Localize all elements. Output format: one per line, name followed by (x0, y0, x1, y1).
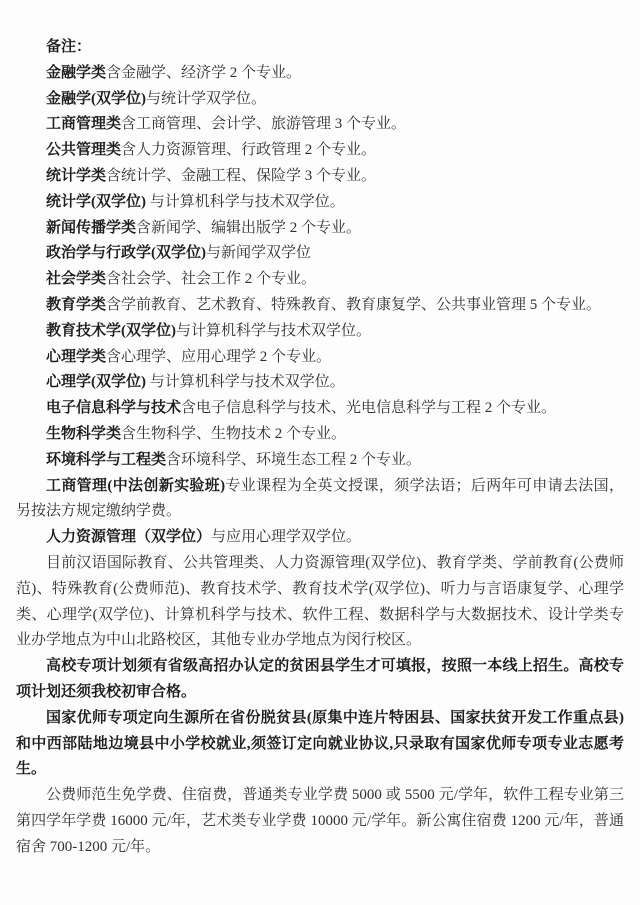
remark-label: 环境科学与工程类 (46, 452, 166, 468)
remark-paragraph: 教育技术学(双学位)与计算机科学与技术双学位。 (16, 319, 624, 345)
remark-text: 含电子信息科学与技术、光电信息科学与工程 2 个专业。 (181, 400, 556, 416)
remark-text: 与计算机科学与技术双学位。 (146, 374, 345, 390)
remark-text: 含社会学、社会工作 2 个专业。 (106, 271, 316, 287)
remark-text: 含新闻学、编辑出版学 2 个专业。 (136, 220, 361, 236)
remark-label: 国家优师专项定向生源所在省份脱贫县(原集中连片特困县、国家扶贫开发工作重点县)和… (16, 710, 624, 778)
remark-paragraph: 公共管理类含人力资源管理、行政管理 2 个专业。 (16, 138, 624, 164)
special-plan-paragraph: 高校专项计划须有省级高招办认定的贫困县学生才可填报，按照一本线上招生。高校专项计… (16, 654, 624, 706)
national-teacher-plan-paragraph: 国家优师专项定向生源所在省份脱贫县(原集中连片特困县、国家扶贫开发工作重点县)和… (16, 706, 624, 783)
remark-text: 与计算机科学与技术双学位。 (176, 323, 371, 339)
remark-text: 含心理学、应用心理学 2 个专业。 (106, 349, 331, 365)
remark-paragraph: 工商管理(中法创新实验班)专业课程为全英文授课，须学法语；后两年可申请去法国，另… (16, 474, 624, 526)
remark-text: 含生物科学、生物技术 2 个专业。 (121, 426, 346, 442)
remark-paragraph: 政治学与行政学(双学位)与新闻学双学位 (16, 241, 624, 267)
remark-label: 公共管理类 (46, 142, 121, 158)
remark-label: 新闻传播学类 (46, 220, 136, 236)
remark-paragraph: 教育学类含学前教育、艺术教育、特殊教育、教育康复学、公共事业管理 5 个专业。 (16, 293, 624, 319)
remark-label: 金融学类 (46, 65, 106, 81)
remark-paragraph: 电子信息科学与技术含电子信息科学与技术、光电信息科学与工程 2 个专业。 (16, 396, 624, 422)
remark-text: 公费师范生免学费、住宿费，普通类专业学费 5000 或 5500 元/学年，软件… (16, 787, 624, 855)
remark-paragraph: 金融学类含金融学、经济学 2 个专业。 (16, 61, 624, 87)
remark-label: 统计学(双学位) (46, 194, 146, 210)
remark-paragraph: 统计学(双学位) 与计算机科学与技术双学位。 (16, 190, 624, 216)
remark-text: 含统计学、金融工程、保险学 3 个专业。 (106, 168, 376, 184)
remark-paragraph: 环境科学与工程类含环境科学、环境生态工程 2 个专业。 (16, 448, 624, 474)
remark-text: 含人力资源管理、行政管理 2 个专业。 (121, 142, 376, 158)
remark-paragraph: 统计学类含统计学、金融工程、保险学 3 个专业。 (16, 164, 624, 190)
remark-label: 金融学(双学位) (46, 91, 146, 107)
remark-label: 电子信息科学与技术 (46, 400, 181, 416)
remark-paragraph: 人力资源管理（双学位）与应用心理学双学位。 (16, 525, 624, 551)
remark-text: 含工商管理、会计学、旅游管理 3 个专业。 (121, 116, 406, 132)
notes-title: 备注： (16, 35, 624, 61)
notes-document-page: 备注： 金融学类含金融学、经济学 2 个专业。 金融学(双学位)与统计学双学位。… (0, 0, 640, 905)
remark-paragraph: 心理学类含心理学、应用心理学 2 个专业。 (16, 345, 624, 371)
remark-label: 社会学类 (46, 271, 106, 287)
tuition-fees-paragraph: 公费师范生免学费、住宿费，普通类专业学费 5000 或 5500 元/学年，软件… (16, 783, 624, 860)
remark-label: 生物科学类 (46, 426, 121, 442)
remark-text: 含环境科学、环境生态工程 2 个专业。 (166, 452, 421, 468)
campus-location-paragraph: 目前汉语国际教育、公共管理类、人力资源管理(双学位)、教育学类、学前教育(公费师… (16, 551, 624, 654)
remark-label: 工商管理(中法创新实验班) (46, 478, 225, 494)
remark-label: 人力资源管理（双学位） (46, 529, 211, 545)
remark-paragraph: 心理学(双学位) 与计算机科学与技术双学位。 (16, 370, 624, 396)
remark-label: 高校专项计划须有省级高招办认定的贫困县学生才可填报，按照一本线上招生。高校专项计… (16, 658, 624, 700)
remark-label: 教育学类 (46, 297, 106, 313)
remark-label: 工商管理类 (46, 116, 121, 132)
remark-text: 含金融学、经济学 2 个专业。 (106, 65, 301, 81)
remark-label: 教育技术学(双学位) (46, 323, 176, 339)
remark-text: 含学前教育、艺术教育、特殊教育、教育康复学、公共事业管理 5 个专业。 (106, 297, 601, 313)
remark-paragraph: 工商管理类含工商管理、会计学、旅游管理 3 个专业。 (16, 112, 624, 138)
remark-text: 与新闻学双学位 (206, 245, 311, 261)
notes-title-label: 备注： (46, 39, 91, 55)
remark-text: 与应用心理学双学位。 (211, 529, 361, 545)
remark-text: 与统计学双学位。 (146, 91, 266, 107)
remark-label: 政治学与行政学(双学位) (46, 245, 206, 261)
remark-label: 统计学类 (46, 168, 106, 184)
remark-paragraph: 社会学类含社会学、社会工作 2 个专业。 (16, 267, 624, 293)
remark-paragraph: 生物科学类含生物科学、生物技术 2 个专业。 (16, 422, 624, 448)
remark-label: 心理学(双学位) (46, 374, 146, 390)
remark-paragraph: 金融学(双学位)与统计学双学位。 (16, 87, 624, 113)
remark-text: 与计算机科学与技术双学位。 (146, 194, 345, 210)
remark-text: 目前汉语国际教育、公共管理类、人力资源管理(双学位)、教育学类、学前教育(公费师… (16, 555, 624, 648)
remark-paragraph: 新闻传播学类含新闻学、编辑出版学 2 个专业。 (16, 216, 624, 242)
remark-label: 心理学类 (46, 349, 106, 365)
